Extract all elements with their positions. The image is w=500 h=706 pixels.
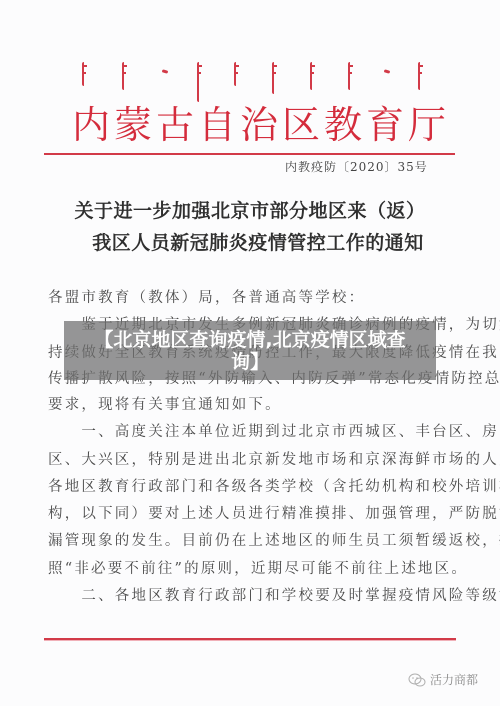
mongolian-glyph xyxy=(162,69,169,73)
footer-red-rule xyxy=(44,638,456,640)
wechat-icon xyxy=(408,673,426,687)
body-line: 要求，现将有关事宜通知如下。 xyxy=(48,393,458,414)
mongolian-script-header xyxy=(82,62,422,104)
mongolian-glyph xyxy=(418,62,426,90)
mongolian-glyph xyxy=(82,62,90,86)
body-line: 区、大兴区，特别是进出北京新发地市场和京深海鲜市场的人员。 xyxy=(48,448,458,469)
document-page: 内蒙古自治区教育厅 内教疫防〔2020〕35号 关于进一步加强北京市部分地区来（… xyxy=(0,0,500,706)
body-line: 各盟市教育（教体）局，各普通高等学校： xyxy=(48,286,458,307)
mongolian-glyph xyxy=(122,62,130,90)
mongolian-glyph xyxy=(384,69,391,73)
caption-line-1: 【北京地区查询疫情,北京疫情区域查 xyxy=(94,329,405,351)
mongolian-glyph xyxy=(348,62,356,90)
organization-title: 内蒙古自治区教育厅 xyxy=(72,103,432,147)
body-line: 一、高度关注本单位近期到过北京市西城区、丰台区、房山 xyxy=(48,420,458,441)
document-number: 内教疫防〔2020〕35号 xyxy=(285,158,428,175)
body-line: 构，以下同）要对上述人员进行精准摸排、加强管理，严防脱管 xyxy=(48,502,458,523)
mongolian-glyph xyxy=(197,62,205,102)
mongolian-glyph xyxy=(272,62,280,94)
body-line: 漏管现象的发生。目前仍在上述地区的师生员工须暂缓返校，按 xyxy=(48,529,458,550)
source-watermark: 活力商都 xyxy=(408,671,478,688)
notice-title-line-2: 我区人员新冠肺炎疫情管控工作的通知 xyxy=(8,228,500,255)
header-red-rule xyxy=(44,153,455,155)
notice-title-line-1: 关于进一步加强北京市部分地区来（返） xyxy=(0,196,500,223)
caption-line-2: 询】 xyxy=(231,351,269,373)
mongolian-glyph xyxy=(310,62,318,90)
body-line: 各地区教育行政部门和各级各类学校（含托幼机构和校外培训机 xyxy=(48,475,458,496)
mongolian-glyph xyxy=(234,62,242,86)
watermark-text: 活力商都 xyxy=(430,671,478,688)
body-line: 二、各地区教育行政部门和学校要及时掌握疫情风险等级调 xyxy=(48,584,458,605)
body-line: 照“非必要不前往”的原则，近期尽可能不前往上述地区。 xyxy=(48,557,458,578)
caption-overlay: 【北京地区查询疫情,北京疫情区域查 询】 xyxy=(64,321,436,380)
